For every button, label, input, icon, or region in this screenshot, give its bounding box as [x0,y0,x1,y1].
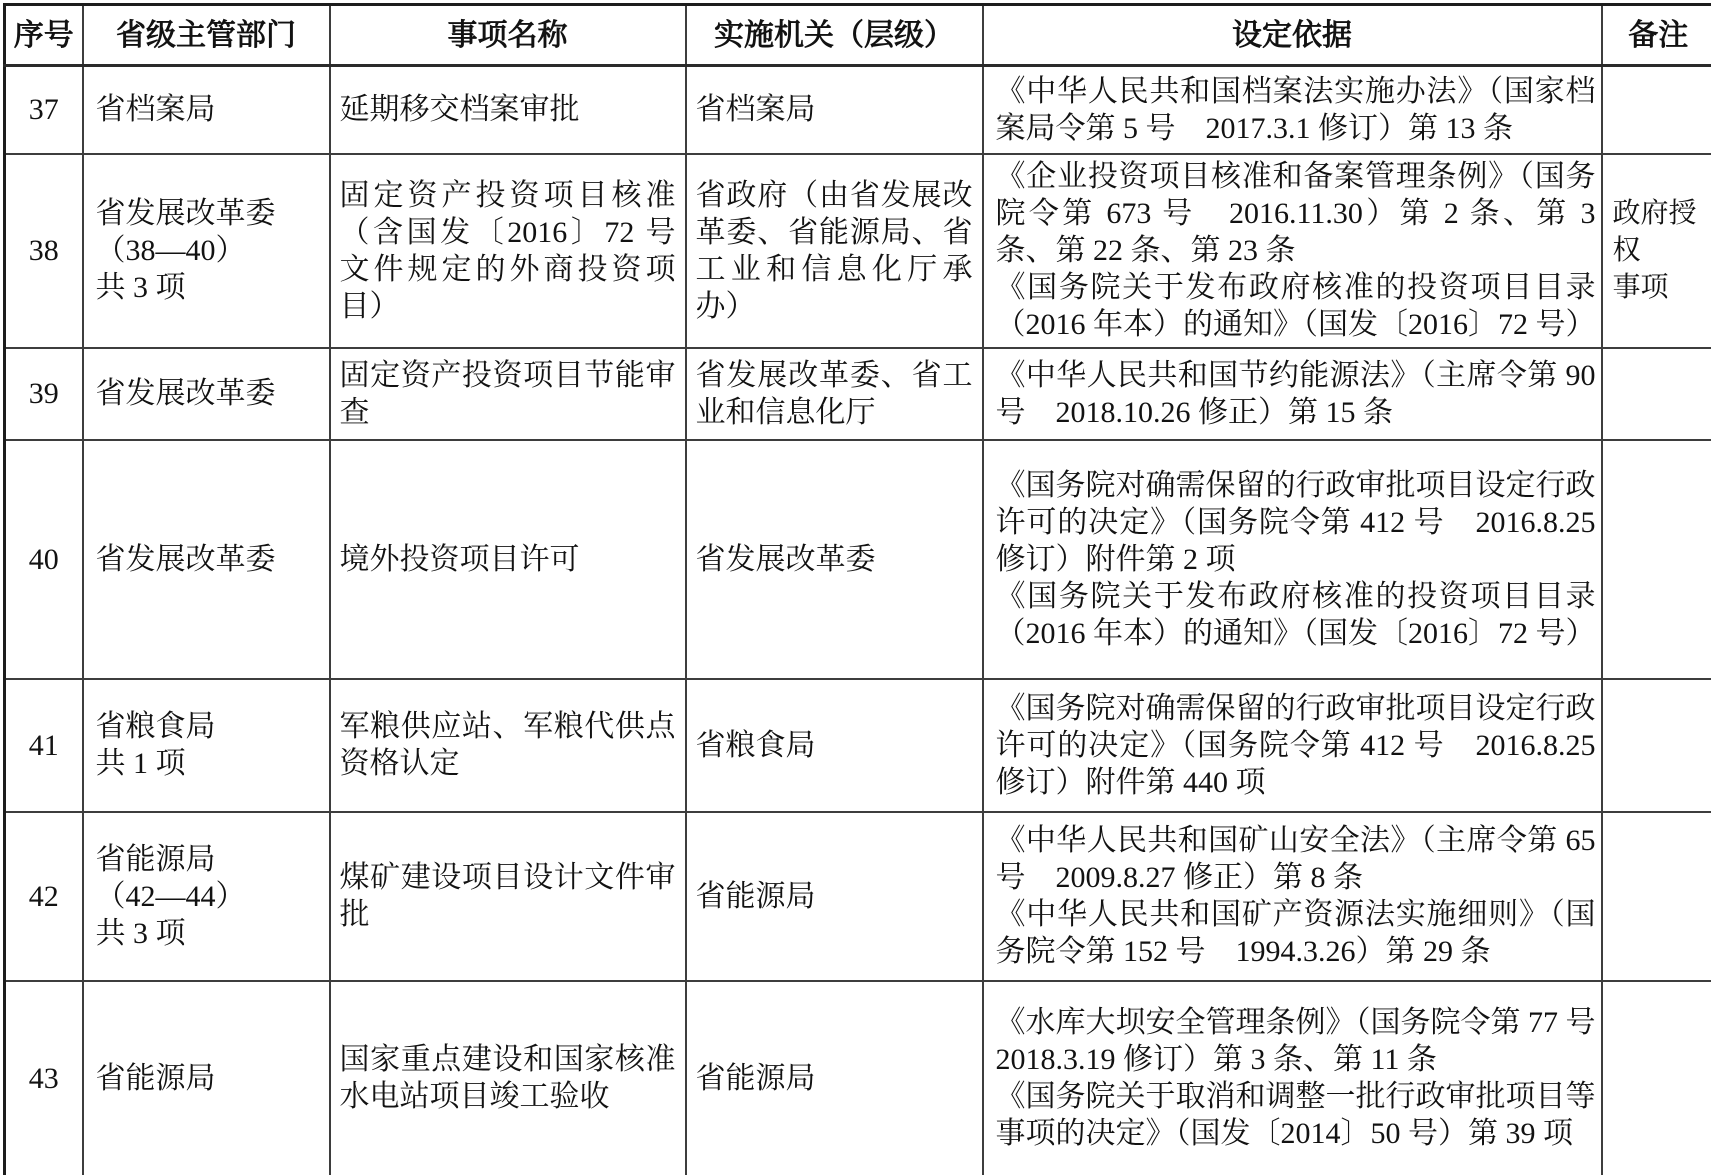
header-note: 备注 [1602,5,1711,66]
legal-basis-entry: 《水库大坝安全管理条例》（国务院令第 77 号 2018.3.19 修订）第 3… [996,1004,1596,1078]
department-line: 省档案局 [96,91,320,128]
table-body: 37 省档案局 延期移交档案审批 省档案局 《中华人民共和国档案法实施办法》（国… [5,66,1711,1175]
note-cell [1602,348,1711,440]
note-cell: 政府授权事项 [1602,154,1711,348]
table-row: 43 省能源局 国家重点建设和国家核准水电站项目竣工验收 省能源局 《水库大坝安… [5,981,1711,1175]
header-dept: 省级主管部门 [83,5,330,66]
seq-cell: 40 [5,440,83,679]
department-line: 共 1 项 [96,745,320,782]
legal-basis-entry: 《中华人民共和国档案法实施办法》（国家档案局令第 5 号 2017.3.1 修订… [996,73,1596,147]
department-line: 省能源局 [96,841,320,878]
item-cell: 军粮供应站、军粮代供点资格认定 [330,679,686,812]
item-cell: 煤矿建设项目设计文件审批 [330,812,686,981]
table-row: 39 省发展改革委 固定资产投资项目节能审查 省发展改革委、省工业和信息化厅 《… [5,348,1711,440]
dept-cell: 省粮食局共 1 项 [83,679,330,812]
seq-cell: 42 [5,812,83,981]
table-row: 41 省粮食局共 1 项 军粮供应站、军粮代供点资格认定 省粮食局 《国务院对确… [5,679,1711,812]
department-line: 共 3 项 [96,269,320,306]
agency-cell: 省能源局 [686,812,983,981]
agency-cell: 省能源局 [686,981,983,1175]
basis-cell: 《国务院对确需保留的行政审批项目设定行政许可的决定》（国务院令第 412 号 2… [983,440,1602,679]
item-cell: 固定资产投资项目节能审查 [330,348,686,440]
note-cell [1602,981,1711,1175]
item-cell: 境外投资项目许可 [330,440,686,679]
item-cell: 固定资产投资项目核准（含国发〔2016〕72 号文件规定的外商投资项目） [330,154,686,348]
header-item: 事项名称 [330,5,686,66]
seq-cell: 38 [5,154,83,348]
basis-cell: 《中华人民共和国矿山安全法》（主席令第 65 号 2009.8.27 修正）第 … [983,812,1602,981]
seq-cell: 41 [5,679,83,812]
header-seq: 序号 [5,5,83,66]
note-line: 事项 [1613,269,1711,306]
seq-cell: 39 [5,348,83,440]
seq-cell: 43 [5,981,83,1175]
dept-cell: 省能源局（42—44）共 3 项 [83,812,330,981]
dept-cell: 省发展改革委（38—40）共 3 项 [83,154,330,348]
department-line: 省发展改革委 [96,375,320,412]
dept-cell: 省发展改革委 [83,348,330,440]
basis-cell: 《企业投资项目核准和备案管理条例》（国务院令第 673 号 2016.11.30… [983,154,1602,348]
item-cell: 国家重点建设和国家核准水电站项目竣工验收 [330,981,686,1175]
basis-cell: 《中华人民共和国节约能源法》（主席令第 90 号 2018.10.26 修正）第… [983,348,1602,440]
dept-cell: 省能源局 [83,981,330,1175]
agency-cell: 省发展改革委、省工业和信息化厅 [686,348,983,440]
department-line: （42—44） [96,878,320,915]
table-row: 40 省发展改革委 境外投资项目许可 省发展改革委 《国务院对确需保留的行政审批… [5,440,1711,679]
department-line: 省能源局 [96,1060,320,1097]
header-agency: 实施机关（层级） [686,5,983,66]
legal-basis-entry: 《中华人民共和国矿山安全法》（主席令第 65 号 2009.8.27 修正）第 … [996,822,1596,896]
table-row: 38 省发展改革委（38—40）共 3 项 固定资产投资项目核准（含国发〔201… [5,154,1711,348]
basis-cell: 《水库大坝安全管理条例》（国务院令第 77 号 2018.3.19 修订）第 3… [983,981,1602,1175]
note-line: 政府授权 [1613,195,1711,269]
department-line: 省发展改革委 [96,541,320,578]
header-basis: 设定依据 [983,5,1602,66]
department-line: 共 3 项 [96,915,320,952]
department-line: 省粮食局 [96,708,320,745]
note-cell [1602,679,1711,812]
dept-cell: 省发展改革委 [83,440,330,679]
legal-basis-entry: 《中华人民共和国节约能源法》（主席令第 90 号 2018.10.26 修正）第… [996,357,1596,431]
legal-basis-entry: 《企业投资项目核准和备案管理条例》（国务院令第 673 号 2016.11.30… [996,158,1596,269]
header-row: 序号 省级主管部门 事项名称 实施机关（层级） 设定依据 备注 [5,5,1711,66]
note-cell [1602,440,1711,679]
item-cell: 延期移交档案审批 [330,66,686,154]
seq-cell: 37 [5,66,83,154]
legal-basis-entry: 《国务院对确需保留的行政审批项目设定行政许可的决定》（国务院令第 412 号 2… [996,690,1596,801]
department-line: （38—40） [96,232,320,269]
legal-basis-entry: 《国务院关于取消和调整一批行政审批项目等事项的决定》（国发〔2014〕50 号）… [996,1078,1596,1152]
agency-cell: 省政府（由省发展改革委、省能源局、省工业和信息化厅承办） [686,154,983,348]
legal-basis-entry: 《国务院关于发布政府核准的投资项目目录（2016 年本）的通知》（国发〔2016… [996,269,1596,343]
agency-cell: 省档案局 [686,66,983,154]
note-cell [1602,812,1711,981]
legal-basis-entry: 《国务院关于发布政府核准的投资项目目录（2016 年本）的通知》（国发〔2016… [996,578,1596,652]
approval-items-table: 序号 省级主管部门 事项名称 实施机关（层级） 设定依据 备注 37 省档案局 … [3,3,1711,1175]
agency-cell: 省粮食局 [686,679,983,812]
note-cell [1602,66,1711,154]
table-row: 42 省能源局（42—44）共 3 项 煤矿建设项目设计文件审批 省能源局 《中… [5,812,1711,981]
basis-cell: 《中华人民共和国档案法实施办法》（国家档案局令第 5 号 2017.3.1 修订… [983,66,1602,154]
table-row: 37 省档案局 延期移交档案审批 省档案局 《中华人民共和国档案法实施办法》（国… [5,66,1711,154]
department-line: 省发展改革委 [96,195,320,232]
agency-cell: 省发展改革委 [686,440,983,679]
legal-basis-entry: 《中华人民共和国矿产资源法实施细则》（国务院令第 152 号 1994.3.26… [996,896,1596,970]
legal-basis-entry: 《国务院对确需保留的行政审批项目设定行政许可的决定》（国务院令第 412 号 2… [996,467,1596,578]
basis-cell: 《国务院对确需保留的行政审批项目设定行政许可的决定》（国务院令第 412 号 2… [983,679,1602,812]
dept-cell: 省档案局 [83,66,330,154]
